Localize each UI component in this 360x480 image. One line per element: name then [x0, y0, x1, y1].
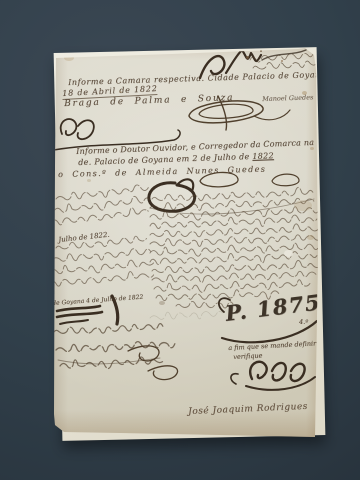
stain-spot [119, 91, 122, 93]
handwriting-scribble-line [54, 322, 163, 335]
handwriting-scribble-line [150, 308, 223, 322]
photo-background: Informe a Camara respectiva. Cidade Pala… [0, 0, 360, 480]
stain-spot [310, 147, 314, 150]
stain-spot [246, 56, 249, 59]
handwriting-scribble-line [55, 183, 148, 203]
handwriting-scribble-line [56, 339, 175, 354]
stain-spot [307, 235, 314, 240]
handwriting-scribble-line [152, 260, 321, 275]
stamp-note-2: verifique [233, 351, 263, 361]
handwriting-scribble-line [52, 247, 151, 265]
stain-blotch [294, 200, 312, 211]
stain-spot [302, 91, 307, 95]
stain-spot [159, 301, 165, 305]
rubric-initials-flourish [231, 362, 315, 390]
manuscript-page: Informe a Camara respectiva. Cidade Pala… [52, 46, 318, 440]
registry-number-suffix: 4.º [299, 318, 308, 326]
stain-spot [87, 179, 91, 182]
handwriting-scribble-line [50, 270, 154, 287]
paper-flaw-patch [284, 250, 293, 257]
middle-date-year: 1822 [252, 151, 274, 161]
stain-spot [281, 60, 283, 62]
